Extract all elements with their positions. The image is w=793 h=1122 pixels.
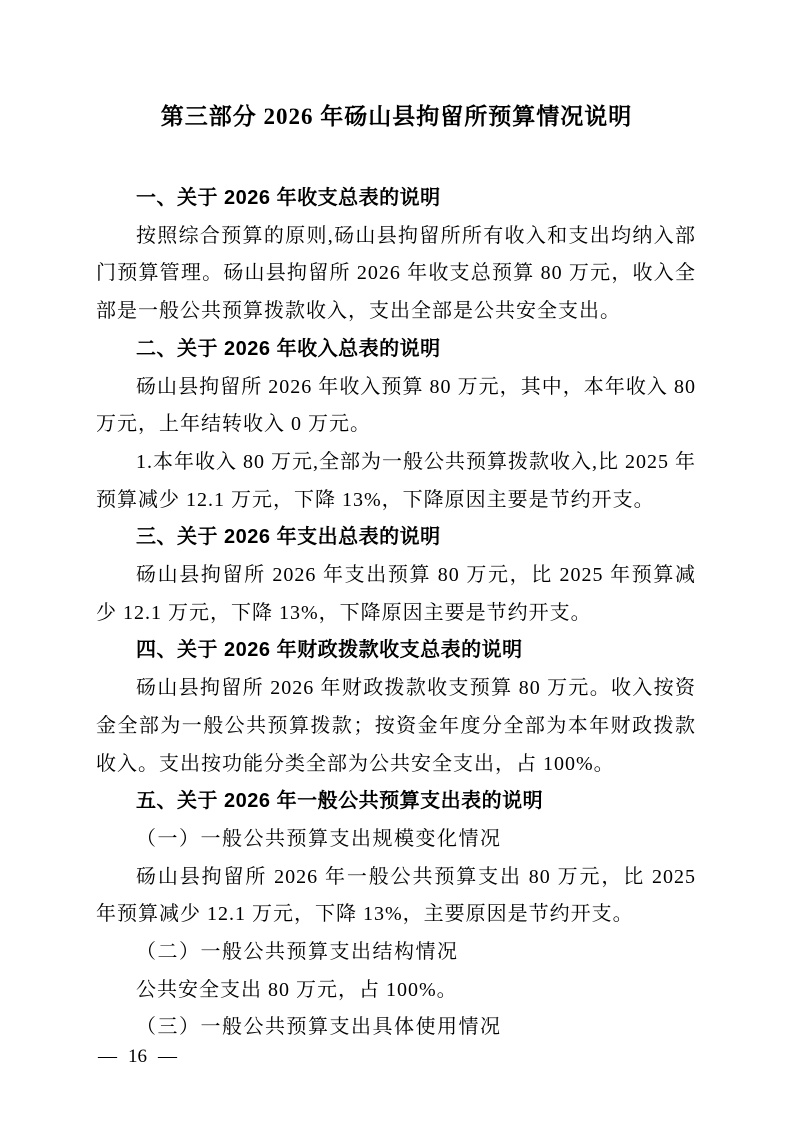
- section-heading-1-income-expense-summary: 一、关于 2026 年收支总表的说明: [96, 180, 696, 218]
- paragraph-expense-structure: 公共安全支出 80 万元，占 100%。: [96, 972, 696, 1010]
- section-heading-3-expense-summary: 三、关于 2026 年支出总表的说明: [96, 519, 696, 557]
- document-title: 第三部分 2026 年砀山县拘留所预算情况说明: [0, 0, 793, 134]
- page-number-dash-right: —: [158, 1046, 177, 1068]
- page-number: 16: [128, 1046, 147, 1068]
- subsection-heading-5-1-scale-change: （一）一般公共预算支出规模变化情况: [96, 821, 696, 859]
- subsection-heading-5-2-structure: （二）一般公共预算支出结构情况: [96, 934, 696, 972]
- paragraph-current-year-income: 1.本年收入 80 万元,全部为一般公共预算拨款收入,比 2025 年预算减少 …: [96, 444, 696, 519]
- paragraph-expense-scale-change: 砀山县拘留所 2026 年一般公共预算支出 80 万元，比 2025 年预算减少…: [96, 859, 696, 934]
- section-heading-5-general-public-budget-expense: 五、关于 2026 年一般公共预算支出表的说明: [96, 783, 696, 821]
- paragraph-fiscal-appropriation: 砀山县拘留所 2026 年财政拨款收支预算 80 万元。收入按资金全部为一般公共…: [96, 670, 696, 783]
- subsection-heading-5-3-specific-use: （三）一般公共预算支出具体使用情况: [96, 1009, 696, 1047]
- section-heading-2-income-summary: 二、关于 2026 年收入总表的说明: [96, 331, 696, 369]
- section-heading-4-fiscal-appropriation-summary: 四、关于 2026 年财政拨款收支总表的说明: [96, 632, 696, 670]
- page-footer: — 16 —: [98, 1046, 177, 1068]
- document-page: 第三部分 2026 年砀山县拘留所预算情况说明 一、关于 2026 年收支总表的…: [0, 0, 793, 1122]
- paragraph-income-budget: 砀山县拘留所 2026 年收入预算 80 万元，其中，本年收入 80 万元，上年…: [96, 369, 696, 444]
- document-body: 一、关于 2026 年收支总表的说明 按照综合预算的原则,砀山县拘留所所有收入和…: [0, 134, 793, 1047]
- paragraph-expense-budget: 砀山县拘留所 2026 年支出预算 80 万元，比 2025 年预算减少 12.…: [96, 557, 696, 632]
- page-number-dash-left: —: [98, 1046, 117, 1068]
- paragraph-overall-budget: 按照综合预算的原则,砀山县拘留所所有收入和支出均纳入部门预算管理。砀山县拘留所 …: [96, 218, 696, 331]
